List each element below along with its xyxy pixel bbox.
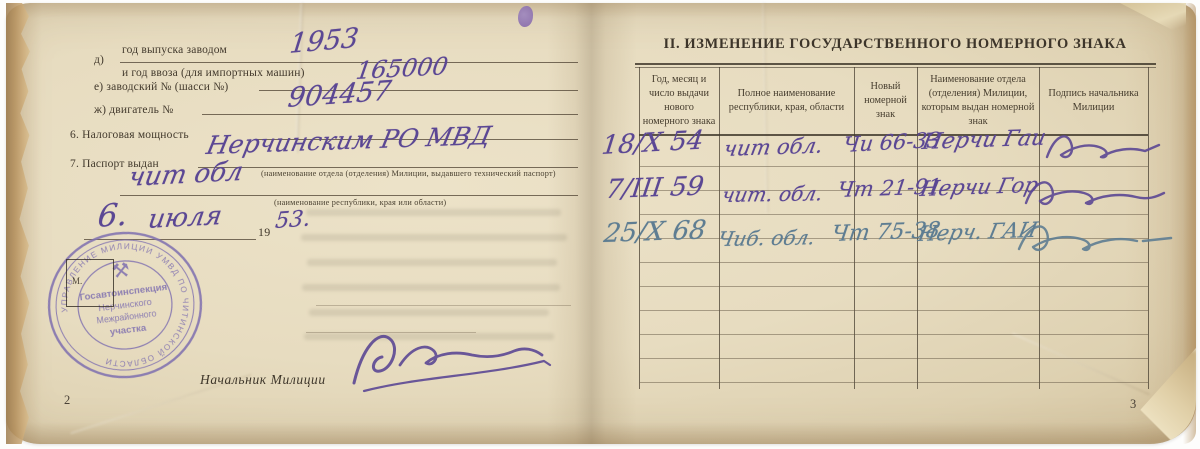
table-ruled-line	[640, 310, 1148, 311]
col-header-region: Полное наименование республики, края, об…	[721, 71, 852, 131]
field-rule	[120, 62, 578, 63]
paper-crease	[1012, 333, 1150, 396]
stamp-place-box: М.	[66, 259, 114, 307]
row2-signature	[1018, 171, 1170, 217]
bleedthrough-line	[307, 259, 557, 266]
col-header-department: Наименование отдела (отделения) Милиции,…	[919, 71, 1037, 131]
field-rule	[202, 114, 578, 115]
field-engine-label: ж) двигатель №	[94, 104, 173, 116]
handwritten-engine-value: 904457	[286, 75, 393, 114]
printed-year-prefix: 19	[258, 225, 270, 240]
row1-date: 18/X 54	[600, 125, 705, 161]
top-right-corner-fold	[1120, 3, 1186, 37]
bleedthrough-line	[306, 209, 561, 216]
row2-region: чит. обл.	[720, 181, 825, 207]
field-rule	[198, 167, 578, 168]
caption-issuer: (наименование отдела (отделения) Милиции…	[261, 169, 556, 178]
table-top-rule-thin	[635, 67, 1156, 68]
handwritten-year-suffix: 53.	[274, 206, 312, 234]
row1-region: чит обл.	[722, 133, 825, 161]
row2-date: 7/III 59	[604, 171, 706, 205]
official-title: Начальник Милиции	[200, 372, 326, 388]
field-rule	[120, 195, 578, 196]
row1-signature	[1041, 127, 1166, 169]
ink-blot	[518, 6, 533, 27]
col-header-date: Год, месяц и число выдачи нового номерно…	[641, 71, 717, 131]
scanned-vehicle-passport: д) год выпуска заводом 1953 и год ввоза …	[0, 0, 1200, 449]
handwritten-issuer: Нерчинским РО МВД	[204, 121, 494, 160]
row1-department: Нерчи Гаи	[920, 126, 1048, 155]
faint-rule	[316, 305, 571, 306]
mp-label: М.	[72, 276, 82, 286]
table-ruled-line	[640, 382, 1148, 383]
caption-region: (наименование республики, края или облас…	[274, 198, 446, 207]
row3-region: Чиб. обл.	[716, 225, 817, 251]
table-ruled-line	[640, 334, 1148, 335]
table-ruled-line	[640, 286, 1148, 287]
row3-date: 25/X 68	[602, 215, 708, 249]
bleedthrough-line	[302, 284, 560, 291]
bleedthrough-line	[301, 234, 567, 241]
row3-signature	[1011, 215, 1176, 263]
field-year-label: год выпуска заводом	[122, 44, 227, 56]
torn-left-edge	[6, 3, 32, 444]
field-tax-label: 6. Налоговая мощность	[70, 129, 189, 141]
table-ruled-line	[640, 358, 1148, 359]
page-number-left: 2	[64, 393, 70, 408]
booklet-spread: д) год выпуска заводом 1953 и год ввоза …	[6, 3, 1196, 444]
table-top-rule	[635, 63, 1156, 65]
col-header-signature: Подпись начальника Милиции	[1041, 71, 1146, 131]
col-header-plate: Новый номерной знак	[856, 71, 915, 131]
chief-signature	[338, 319, 558, 407]
section-title: II. ИЗМЕНЕНИЕ ГОСУДАРСТВЕННОГО НОМЕРНОГО…	[636, 36, 1154, 53]
round-militia-stamp: УПРАВЛЕНИЕ МИЛИЦИИ УМВД ПО ЧИТИНСКОЙ ОБЛ…	[35, 220, 214, 391]
page-number-right: 3	[1130, 397, 1136, 412]
bleedthrough-line	[309, 309, 549, 316]
field-d-prefix: д)	[94, 54, 104, 66]
field-chassis-label: е) заводский № (шасси №)	[94, 81, 228, 93]
handwritten-year-value: 1953	[288, 23, 360, 60]
handwritten-region: чит обл	[126, 157, 246, 193]
field-import-year-label: и год ввоза (для импортных машин)	[122, 67, 305, 79]
stamp-line-4: участка	[109, 323, 147, 338]
